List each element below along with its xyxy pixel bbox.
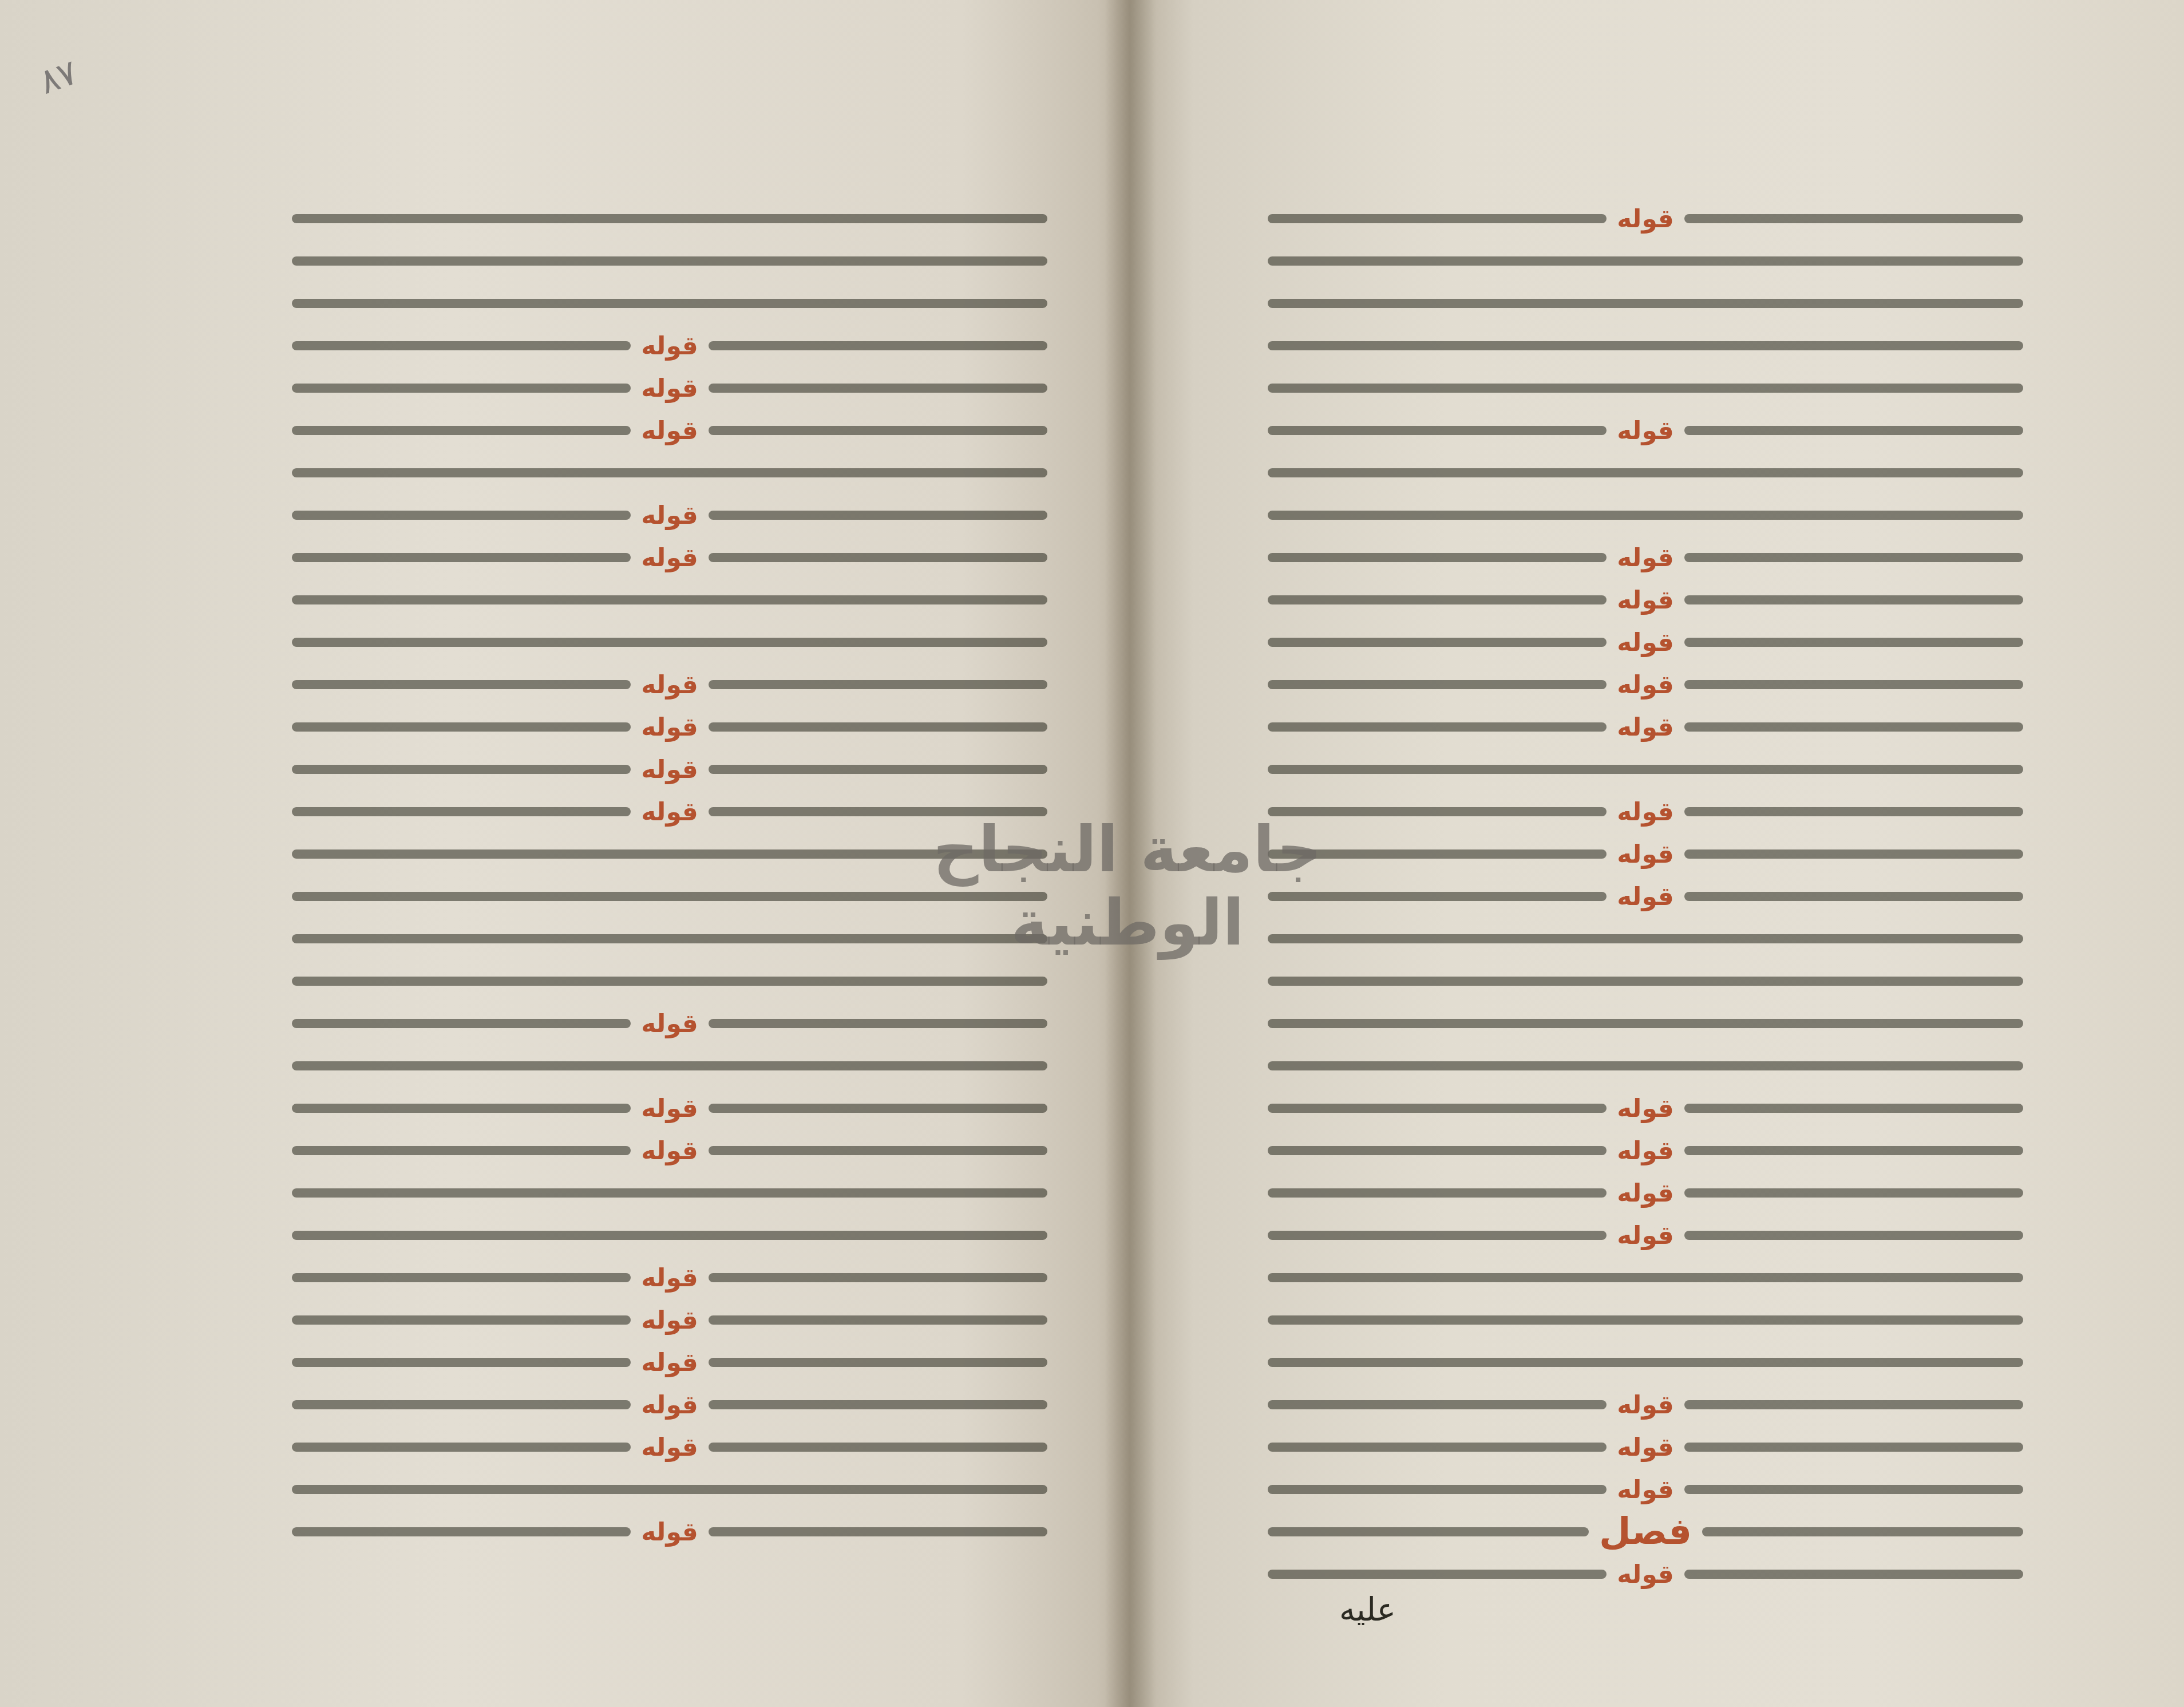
watermark: جامعة النجاح الوطنية (893, 813, 1362, 959)
ink-text (709, 1315, 1047, 1325)
text-line: قوله (1268, 1138, 2023, 1163)
rubric-word: قوله (1617, 628, 1674, 657)
ink-text (1268, 384, 2023, 393)
ink-text (709, 553, 1047, 562)
text-line: قوله (292, 1350, 1047, 1375)
rubric-word: قوله (1617, 840, 1674, 869)
text-line: قوله (1268, 1435, 2023, 1460)
ink-text (1268, 595, 1607, 604)
catchword: عليه (1339, 1591, 1396, 1629)
ink-text (709, 341, 1047, 350)
text-line: قوله (1268, 1096, 2023, 1121)
rubric-word: قوله (1617, 1475, 1674, 1504)
text-line: قوله (292, 545, 1047, 570)
text-line: قوله (1268, 1223, 2023, 1248)
rubric-word: قوله (641, 416, 698, 445)
ink-text (1268, 1231, 1607, 1240)
rubric-word: قوله (641, 1136, 698, 1165)
ink-text (292, 1104, 631, 1113)
rubric-word: قوله (641, 1306, 698, 1335)
rubric-word: قوله (641, 1390, 698, 1420)
text-line: قوله (292, 418, 1047, 443)
text-line (1268, 333, 2023, 358)
text-line: قوله (292, 1138, 1047, 1163)
text-line (1268, 1265, 2023, 1290)
rubric-word: قوله (1617, 670, 1674, 700)
ink-text (1684, 849, 2023, 859)
text-line (292, 1477, 1047, 1502)
ink-text (1268, 1527, 1589, 1536)
rubric-word: قوله (1617, 882, 1674, 911)
ink-text (292, 426, 631, 435)
rubric-word: قوله (1617, 204, 1674, 234)
text-line (292, 248, 1047, 274)
rubric-word: قوله (1617, 1179, 1674, 1208)
rubric-word: قوله (641, 797, 698, 827)
text-line (292, 587, 1047, 613)
ink-text (292, 1273, 631, 1282)
rubric-word: قوله (641, 1518, 698, 1547)
ink-text (1268, 256, 2023, 266)
ink-text (292, 595, 1047, 604)
ink-text (1684, 722, 2023, 732)
manuscript-spread: ٨٧ قولهقولهقولهقولهقولهقولهقولهقولهقولهق… (0, 0, 2184, 1707)
ink-text (709, 765, 1047, 774)
right-page-text: قولهقولهقولهقولهقولهقولهقولهقولهقولهقوله… (1268, 206, 2023, 1580)
rubric-word: قوله (641, 543, 698, 572)
text-line (1268, 376, 2023, 401)
text-line (1268, 248, 2023, 274)
text-line (1268, 1307, 2023, 1333)
ink-text (1268, 680, 1607, 689)
ink-text (1268, 1315, 2023, 1325)
ink-text (1268, 638, 1607, 647)
text-line (1268, 757, 2023, 782)
text-line: قوله (292, 1519, 1047, 1544)
ink-text (1268, 299, 2023, 308)
ink-text (709, 1146, 1047, 1155)
ink-text (1268, 1273, 2023, 1282)
rubric-word: قوله (641, 670, 698, 700)
text-line (292, 1180, 1047, 1206)
text-line: قوله (292, 714, 1047, 740)
ink-text (292, 638, 1047, 647)
ink-text (292, 341, 631, 350)
text-line: قوله (1268, 1477, 2023, 1502)
ink-text (1268, 977, 2023, 986)
text-line: قوله (292, 1435, 1047, 1460)
ink-text (1268, 341, 2023, 350)
text-line: قوله (1268, 714, 2023, 740)
text-line: فصل (1268, 1519, 2023, 1544)
ink-text (1268, 1485, 1607, 1494)
ink-text (292, 680, 631, 689)
ink-text (709, 1443, 1047, 1452)
ink-text (709, 511, 1047, 520)
text-line: قوله (292, 757, 1047, 782)
ink-text (709, 680, 1047, 689)
text-line (1268, 1053, 2023, 1078)
rubric-word: قوله (641, 501, 698, 530)
ink-text (1684, 1570, 2023, 1579)
ink-text (1684, 807, 2023, 816)
ink-text (1684, 1231, 2023, 1240)
ink-text (1684, 595, 2023, 604)
ink-text (1684, 680, 2023, 689)
ink-text (292, 1315, 631, 1325)
text-line: قوله (292, 1096, 1047, 1121)
text-line (1268, 926, 2023, 951)
text-line: قوله (292, 376, 1047, 401)
ink-text (292, 1527, 631, 1536)
ink-text (709, 1400, 1047, 1409)
rubric-word: قوله (641, 374, 698, 403)
text-line: قوله (1268, 672, 2023, 697)
rubric-word: قوله (641, 1094, 698, 1123)
ink-text (709, 1358, 1047, 1367)
ink-text (1684, 892, 2023, 901)
rubric-word: قوله (1617, 1136, 1674, 1165)
text-line: قوله (1268, 1180, 2023, 1206)
rubric-word: قوله (641, 755, 698, 784)
ink-text (292, 1061, 1047, 1070)
ink-text (1268, 1019, 2023, 1028)
ink-text (1268, 722, 1607, 732)
ink-text (1684, 1104, 2023, 1113)
text-line: قوله (292, 503, 1047, 528)
rubric-word: قوله (1617, 543, 1674, 572)
ink-text (1684, 214, 2023, 223)
ink-text (292, 256, 1047, 266)
ink-text (292, 807, 631, 816)
ink-text (709, 722, 1047, 732)
ink-text (1268, 1358, 2023, 1367)
text-line: قوله (292, 1265, 1047, 1290)
ink-text (1268, 1443, 1607, 1452)
text-line (1268, 503, 2023, 528)
ink-text (292, 765, 631, 774)
text-line (292, 969, 1047, 994)
rubric-word: قوله (641, 331, 698, 361)
text-line (292, 630, 1047, 655)
ink-text (709, 1019, 1047, 1028)
ink-text (292, 722, 631, 732)
ink-text (1268, 1146, 1607, 1155)
text-line: قوله (1268, 884, 2023, 909)
rubric-word: قوله (1617, 797, 1674, 827)
text-line (1268, 1011, 2023, 1036)
rubric-word: قوله (1617, 1433, 1674, 1462)
text-line: قوله (292, 1307, 1047, 1333)
ink-text (292, 1443, 631, 1452)
rubric-word: قوله (1617, 1560, 1674, 1589)
ink-text (709, 1273, 1047, 1282)
ink-text (1268, 511, 2023, 520)
rubric-word: قوله (641, 1433, 698, 1462)
text-line: قوله (1268, 841, 2023, 867)
ink-text (1684, 1146, 2023, 1155)
ink-text (1684, 426, 2023, 435)
text-line: قوله (292, 672, 1047, 697)
text-line (292, 1053, 1047, 1078)
ink-text (292, 468, 1047, 477)
ink-text (292, 553, 631, 562)
ink-text (292, 1188, 1047, 1198)
text-line: قوله (1268, 1562, 2023, 1587)
ink-text (1268, 934, 2023, 943)
text-line (292, 291, 1047, 316)
ink-text (292, 1400, 631, 1409)
ink-text (292, 511, 631, 520)
text-line (292, 1223, 1047, 1248)
text-line (1268, 1350, 2023, 1375)
text-line: قوله (1268, 1392, 2023, 1417)
rubric-word: قوله (641, 1348, 698, 1377)
ink-text (292, 977, 1047, 986)
ink-text (1268, 765, 2023, 774)
rubric-word: قوله (641, 1263, 698, 1293)
rubric-word: قوله (1617, 1094, 1674, 1123)
ink-text (1268, 1104, 1607, 1113)
text-line (1268, 969, 2023, 994)
rubric-word: قوله (641, 1009, 698, 1038)
ink-text (1268, 214, 1607, 223)
text-line (292, 460, 1047, 485)
rubric-word: قوله (641, 713, 698, 742)
ink-text (292, 384, 631, 393)
text-line: قوله (1268, 418, 2023, 443)
ink-text (1268, 468, 2023, 477)
ink-text (1684, 1443, 2023, 1452)
ink-text (1268, 1188, 1607, 1198)
text-line: قوله (1268, 799, 2023, 824)
text-line: قوله (1268, 587, 2023, 613)
text-line: قوله (292, 333, 1047, 358)
ink-text (1684, 553, 2023, 562)
text-line (292, 206, 1047, 231)
ink-text (1268, 1400, 1607, 1409)
rubric-word: قوله (1617, 1221, 1674, 1250)
rubric-word: قوله (1617, 416, 1674, 445)
ink-text (292, 1485, 1047, 1494)
ink-text (709, 1104, 1047, 1113)
text-line: قوله (1268, 206, 2023, 231)
ink-text (1268, 553, 1607, 562)
ink-text (292, 1019, 631, 1028)
ink-text (1684, 1485, 2023, 1494)
folio-number: ٨٧ (34, 52, 83, 102)
rubric-word: قوله (1617, 713, 1674, 742)
ink-text (1268, 1061, 2023, 1070)
ink-text (709, 1527, 1047, 1536)
text-line: قوله (1268, 545, 2023, 570)
ink-text (1684, 638, 2023, 647)
text-line: قوله (292, 1011, 1047, 1036)
rubric-word: قوله (1617, 1390, 1674, 1420)
text-line (1268, 291, 2023, 316)
ink-text (292, 299, 1047, 308)
ink-text (709, 384, 1047, 393)
text-line: قوله (292, 1392, 1047, 1417)
ink-text (292, 1231, 1047, 1240)
ink-text (292, 1146, 631, 1155)
rubric-word: قوله (1617, 586, 1674, 615)
ink-text (709, 426, 1047, 435)
text-line: قوله (1268, 630, 2023, 655)
ink-text (1684, 1400, 2023, 1409)
ink-text (292, 1358, 631, 1367)
ink-text (1702, 1527, 2023, 1536)
text-line (1268, 460, 2023, 485)
section-heading: فصل (1599, 1511, 1692, 1553)
ink-text (292, 214, 1047, 223)
ink-text (1268, 1570, 1607, 1579)
ink-text (1684, 1188, 2023, 1198)
ink-text (1268, 426, 1607, 435)
